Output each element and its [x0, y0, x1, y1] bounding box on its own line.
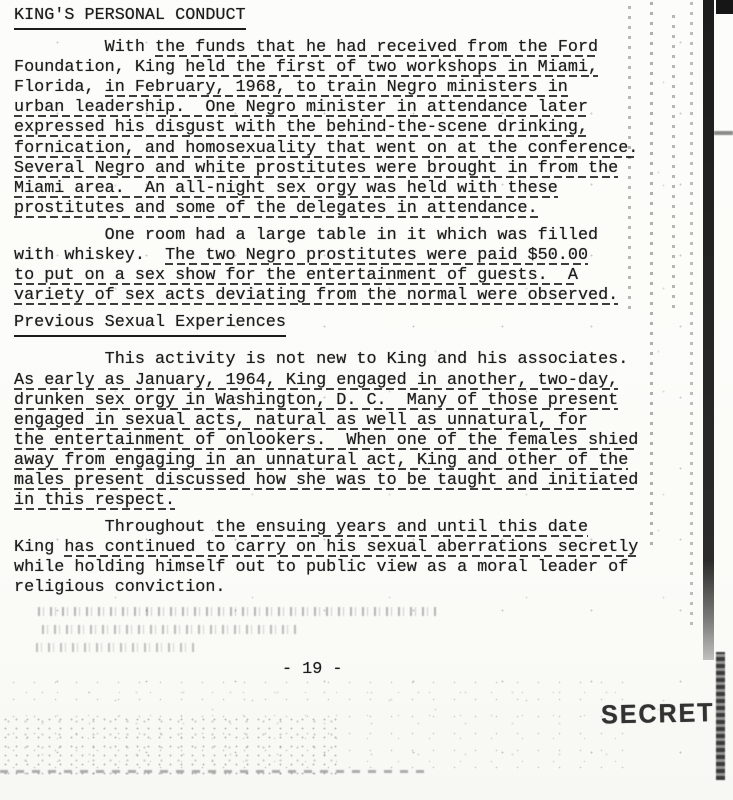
scan-edge-tick — [714, 131, 733, 135]
text: while holding himself out to public view… — [14, 558, 628, 577]
underlined-text: held the first of two workshops in Miami… — [185, 58, 598, 77]
text-line: Foundation, King held the first of two w… — [14, 58, 682, 78]
document-text-blocks: With the funds that he had received from… — [14, 38, 682, 598]
text-line: the entertainment of onlookers. When one… — [14, 431, 682, 451]
underlined-text: away from engaging in an unnatural act, … — [14, 451, 628, 470]
underlined-text: urban leadership. One Negro minister in … — [14, 98, 588, 117]
text-line: King has continued to carry on his sexua… — [14, 538, 682, 558]
text-line: expressed his disgust with the behind-th… — [14, 118, 682, 138]
text-line: With the funds that he had received from… — [14, 38, 682, 58]
text-line: Throughout the ensuing years and until t… — [14, 518, 682, 538]
illegible-smudge-row — [42, 624, 297, 636]
text-line: One room had a large table in it which w… — [14, 226, 682, 246]
underlined-text: prostitutes and some of the delegates in… — [14, 199, 538, 218]
text-line: males present discussed how she was to b… — [14, 471, 682, 491]
text-line: religious conviction. — [14, 578, 682, 598]
underlined-text: the entertainment of onlookers. When one… — [14, 431, 638, 450]
text-line: to put on a sex show for the entertainme… — [14, 266, 682, 286]
underlined-text: expressed his disgust with the behind-th… — [14, 118, 588, 137]
text: Foundation, King — [14, 58, 185, 77]
text-line: fornication, and homosexuality that went… — [14, 139, 682, 159]
scan-edge-band — [703, 0, 714, 660]
underlined-text: has continued to carry on his sexual abe… — [64, 538, 638, 557]
underlined-text: in this respect. — [14, 491, 175, 510]
text-line: away from engaging in an unnatural act, … — [14, 451, 682, 471]
document-body: KING'S PERSONAL CONDUCT With the funds t… — [14, 6, 682, 680]
text-line: Florida, in February, 1968, to train Neg… — [14, 78, 682, 98]
underlined-text: drunken sex orgy in Washington, D. C. Ma… — [14, 391, 618, 410]
underlined-text: Several Negro and white prostitutes were… — [14, 159, 618, 178]
text-line: variety of sex acts deviating from the n… — [14, 286, 682, 306]
illegible-smudge-row — [38, 606, 438, 618]
underlined-text: As early as January, 1964, King engaged … — [14, 371, 618, 390]
page-number: - 19 - — [14, 660, 682, 680]
paragraph: With the funds that he had received from… — [14, 38, 682, 219]
paragraph: Throughout the ensuing years and until t… — [14, 518, 682, 598]
text: Throughout — [14, 518, 215, 537]
underlined-text: Miami area. An all-night sex orgy was he… — [14, 179, 558, 198]
text: With — [14, 38, 155, 57]
underlined-text: The two Negro prostitutes were paid $50.… — [165, 246, 588, 265]
underlined-text: fornication, and homosexuality that went… — [14, 139, 638, 158]
paragraph: One room had a large table in it which w… — [14, 226, 682, 306]
section-heading-previous-sexual-experiences: Previous Sexual Experiences — [14, 313, 286, 337]
text: with whiskey. — [14, 246, 165, 265]
text: religious conviction. — [14, 578, 225, 597]
text-line: urban leadership. One Negro minister in … — [14, 98, 682, 118]
scan-dotted-column — [690, 0, 693, 625]
underlined-text: to put on a sex show for the entertainme… — [14, 266, 578, 285]
underlined-text: the ensuing years and until this date — [215, 518, 588, 537]
underlined-text: engaged in sexual acts, natural as well … — [14, 411, 588, 430]
scan-speckle-area — [0, 672, 640, 782]
scan-blotch-area — [0, 715, 340, 775]
underlined-text: variety of sex acts deviating from the n… — [14, 286, 618, 305]
text-line: Several Negro and white prostitutes were… — [14, 159, 682, 179]
text: Florida, — [14, 78, 105, 97]
scanned-document-page: KING'S PERSONAL CONDUCT With the funds t… — [0, 0, 733, 800]
text-line: prostitutes and some of the delegates in… — [14, 199, 682, 219]
text-line: This activity is not new to King and his… — [14, 350, 682, 370]
text-line: Miami area. An all-night sex orgy was he… — [14, 179, 682, 199]
scan-edge-band-lower — [716, 652, 725, 780]
text: King — [14, 538, 64, 557]
text-line: drunken sex orgy in Washington, D. C. Ma… — [14, 391, 682, 411]
text-line: while holding himself out to public view… — [14, 558, 682, 578]
text: One room had a large table in it which w… — [14, 226, 598, 245]
paragraph: This activity is not new to King and his… — [14, 350, 682, 511]
text-line: engaged in sexual acts, natural as well … — [14, 411, 682, 431]
text-line: in this respect. — [14, 491, 682, 511]
secret-classification-stamp: SECRET — [601, 698, 715, 731]
scan-corner-mark — [716, 0, 733, 14]
underlined-text: males present discussed how she was to b… — [14, 471, 638, 490]
document-title: KING'S PERSONAL CONDUCT — [14, 6, 246, 30]
text-line: with whiskey. The two Negro prostitutes … — [14, 246, 682, 266]
text-line: As early as January, 1964, King engaged … — [14, 371, 682, 391]
illegible-smudge-row — [36, 642, 194, 654]
underlined-text: in February, 1968, to train Negro minist… — [105, 78, 568, 97]
text: This activity is not new to King and his… — [14, 350, 628, 369]
scan-smear-line — [0, 770, 430, 773]
underlined-text: the funds that he had received from the … — [155, 38, 598, 57]
